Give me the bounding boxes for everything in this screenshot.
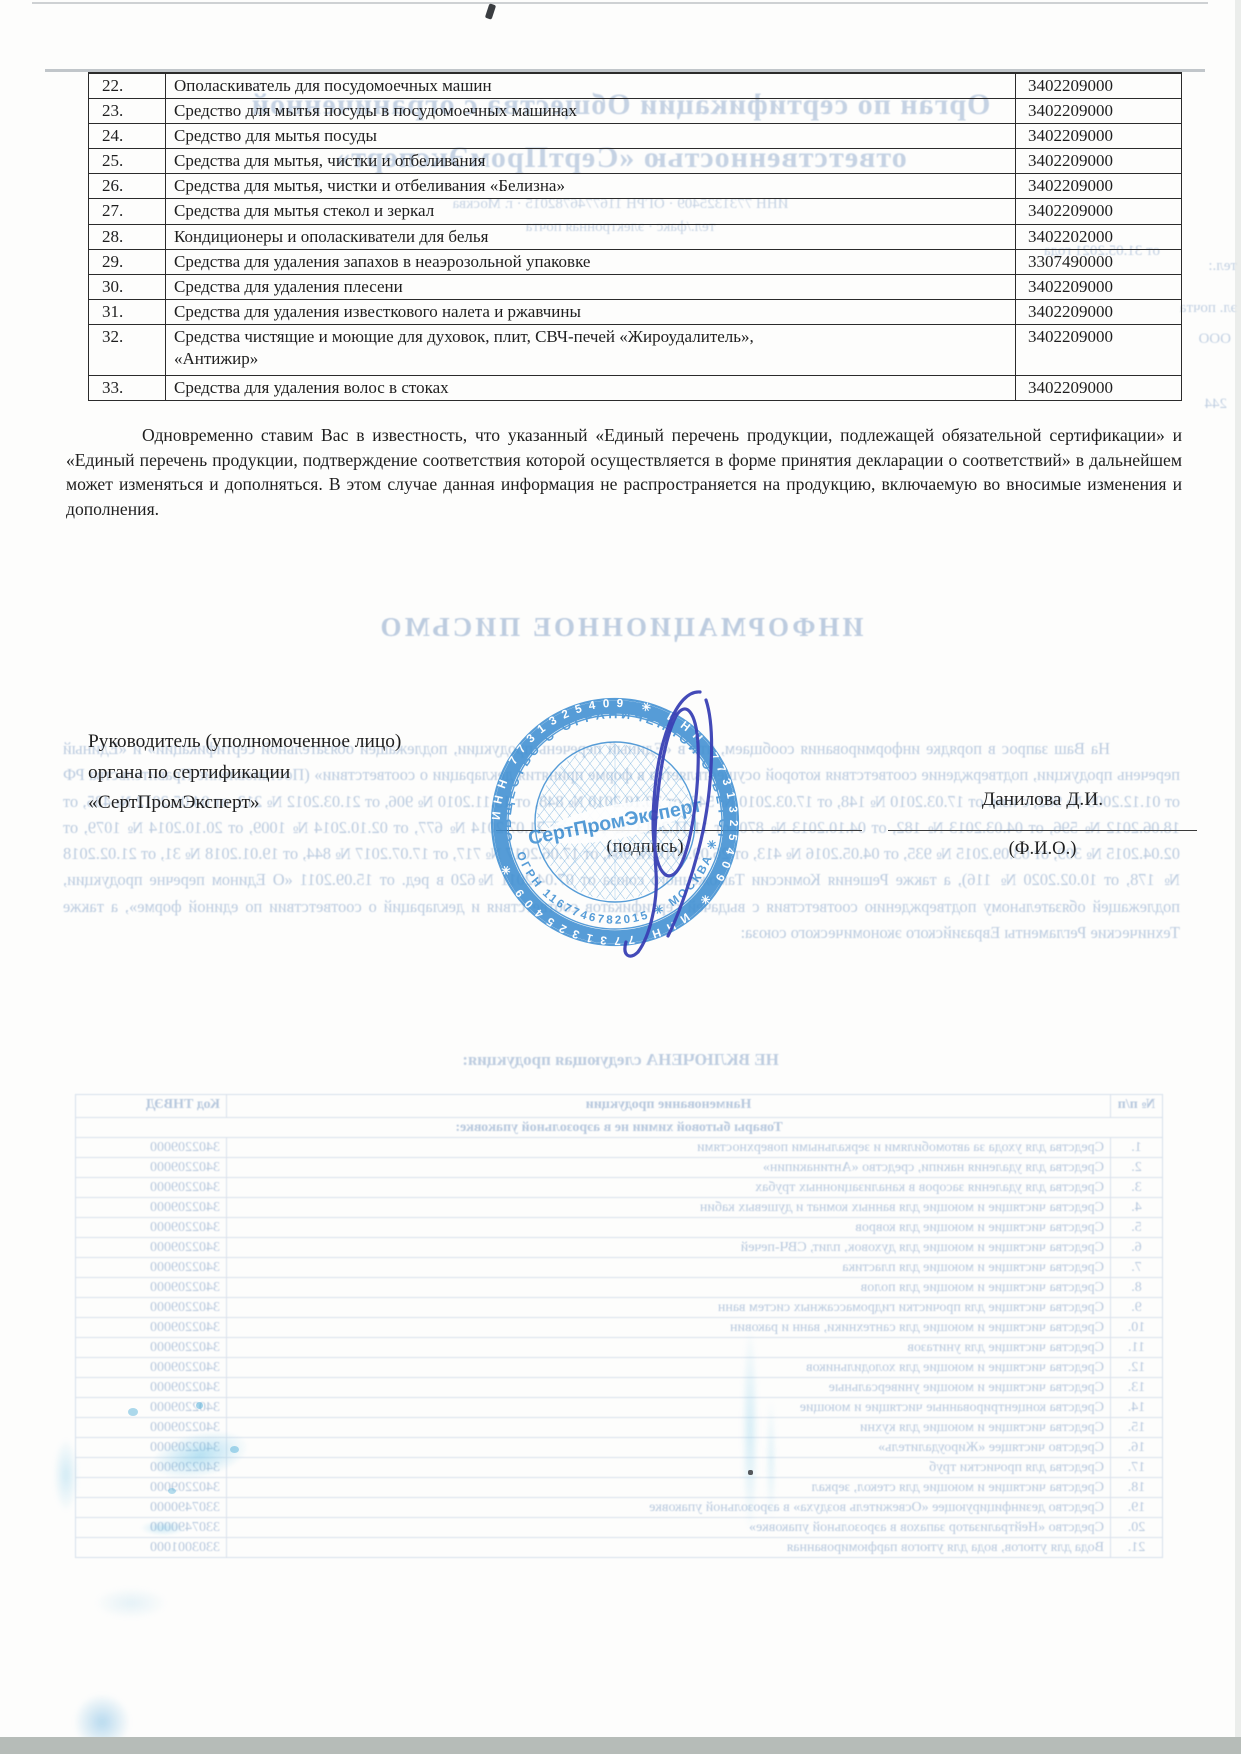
ink-streak-vertical-2 [766,1400,776,1520]
ghost-product-name-cell: Средство «Нейтрализатор запахов в аэрозо… [226,1518,1110,1537]
ghost-table-rows: 1. Средства для ухода за автомобилями и … [76,1137,1162,1557]
ghost-row-number-cell: 5. [1110,1218,1162,1237]
tnved-code-cell: 3402209000 [1016,124,1181,148]
row-number-cell: 29. [89,250,166,274]
tnved-code-cell: 3402202000 [1016,225,1181,249]
ink-dot [168,1488,176,1494]
ghost-fragment-4: 244 [1205,396,1228,413]
ghost-row-number-cell: 1. [1110,1138,1162,1157]
ghost-tnved-code-cell: 3402209000 [76,1218,226,1237]
ghost-product-name-cell: Средства для ухода за автомобилями и зер… [226,1138,1110,1157]
ink-smudge-cluster [146,1422,253,1488]
ghost-tnved-code-cell: 3402209000 [76,1158,226,1177]
fio-caption: (Ф.И.О.) [888,838,1197,860]
scan-edge-bottom [0,1737,1241,1754]
signatory-title-line-2: органа по сертификации [88,758,401,789]
ghost-row-number-cell: 3. [1110,1178,1162,1197]
ghost-tnved-code-cell: 3307490000 [76,1498,226,1517]
product-name-cell: Средства для удаления плесени [166,275,1016,299]
tnved-code-cell: 3402209000 [1016,300,1181,324]
ghost-table-row: 14. Средства концентрированные чистящие … [76,1397,1162,1417]
table-row: 25. Средства для мытья, чистки и отбелив… [89,148,1181,173]
ghost-tnved-code-cell: 3402209000 [76,1478,226,1497]
ghost-tnved-code-cell: 3402209000 [76,1398,226,1417]
row-number-cell: 27. [89,199,166,223]
ghost-row-number-cell: 4. [1110,1198,1162,1217]
ghost-tnved-code-cell: 3402209000 [76,1358,226,1377]
fio-line [888,830,1197,831]
signatory-title-line-1: Руководитель (уполномоченное лицо) [88,727,401,758]
product-name-cell: Средство для мытья посуды в посудомоечны… [166,99,1016,123]
product-name-cell: Средство для мытья посуды [166,124,1016,148]
ghost-tnved-code-cell: 3402209000 [76,1318,226,1337]
ghost-table-row: 12. Средства чистящие и моющие для холод… [76,1357,1162,1377]
row-number-cell: 25. [89,149,166,173]
ghost-tnved-code-cell: 3402209000 [76,1338,226,1357]
tnved-code-cell: 3402209000 [1016,174,1181,198]
scan-edge-right [1235,0,1241,1754]
table-row: 26. Средства для мытья, чистки и отбелив… [89,173,1181,198]
ghost-row-number-cell: 11. [1110,1338,1162,1357]
ghost-table-row: 10. Средства чистящие и моющие для санте… [76,1317,1162,1337]
table-row: 29. Средства для удаления запахов в неаэ… [89,249,1181,274]
ghost-table-row: 13. Средства чистящие и моющие универсал… [76,1377,1162,1397]
table-row: 31. Средства для удаления известкового н… [89,299,1181,324]
ghost-tnved-code-cell: 3402209000 [76,1178,226,1197]
product-name-cell: Средства для мытья, чистки и отбеливания… [166,174,1016,198]
ghost-table-row: 20. Средство «Нейтрализатор запахов в аэ… [76,1517,1162,1537]
ghost-tnved-code-cell: 3402209000 [76,1378,226,1397]
table-row: 22. Ополаскиватель для посудомоечных маш… [89,73,1181,98]
ghost-table-row: 21. Вода для утюгов, вода для утюгов пар… [76,1537,1162,1557]
ghost-row-number-cell: 16. [1110,1438,1162,1457]
product-name-cell: Средства чистящие и моющие для духовок, … [166,325,1016,375]
ghost-row-number-cell: 7. [1110,1258,1162,1277]
ghost-header-num: № п/п [1110,1095,1162,1117]
ghost-row-number-cell: 2. [1110,1158,1162,1177]
dark-speck [748,1470,753,1475]
ghost-product-name-cell: Средство чистящее «Жироудалитель» [226,1438,1110,1457]
ghost-product-name-cell: Средства чистящие и моющие для кухни [226,1418,1110,1437]
ghost-products-table: № п/п Наименование продукции Код ТНВЭД Т… [75,1094,1163,1558]
ghost-row-number-cell: 19. [1110,1498,1162,1517]
ghost-tnved-code-cell: 3402209000 [76,1238,226,1257]
ghost-letter-title: ИНФОРМАЦИОННОЕ ПИСЬМО [0,612,1241,643]
scan-edge-top [32,2,1208,4]
signatory-title-line-3: «СертПромЭксперт» [88,788,401,819]
ghost-row-number-cell: 8. [1110,1278,1162,1297]
ghost-fragment-1: тел.: [1208,258,1237,275]
ghost-not-included-line: НЕ ВКЛЮЧЕНА следующая продукция: [0,1050,1241,1070]
row-number-cell: 31. [89,300,166,324]
ghost-row-number-cell: 13. [1110,1378,1162,1397]
signatory-name: Данилова Д.И. [888,789,1197,811]
ghost-table-row: 4. Средства чистящие и моющие для ванных… [76,1197,1162,1217]
ghost-row-number-cell: 14. [1110,1398,1162,1417]
ink-smudge-small [140,1520,186,1536]
ghost-table-row: 8. Средства чистящие и моющие для полов … [76,1277,1162,1297]
row-number-cell: 22. [89,74,166,98]
ghost-tnved-code-cell: 3402209000 [76,1298,226,1317]
ink-dot [196,1402,203,1409]
ghost-table-row: 18. Средства чистящие и моющие для стеко… [76,1477,1162,1497]
ghost-product-name-cell: Средства чистящие для унитазов [226,1338,1110,1357]
tnved-code-cell: 3402209000 [1016,275,1181,299]
table-row: 23. Средство для мытья посуды в посудомо… [89,98,1181,123]
scan-speck-top [485,3,496,19]
product-name-cell: Ополаскиватель для посудомоечных машин [166,74,1016,98]
continuation-products-table: 22. Ополаскиватель для посудомоечных маш… [88,72,1182,401]
ghost-product-name-cell: Средство дезинфицирующее «Освежитель воз… [226,1498,1110,1517]
ghost-product-name-cell: Средства чистящие и моющие для сантехник… [226,1318,1110,1337]
table-row: 28. Кондиционеры и ополаскиватели для бе… [89,224,1181,249]
ghost-product-name-cell: Средства для удаления накипи, средство «… [226,1158,1110,1177]
ghost-product-name-cell: Средства чистящие и моющие для ванных ко… [226,1198,1110,1217]
ghost-table-row: 7. Средства чистящие и моющие для пласти… [76,1257,1162,1277]
product-name-cell: Кондиционеры и ополаскиватели для белья [166,225,1016,249]
row-number-cell: 30. [89,275,166,299]
ghost-product-name-cell: Средства чистящие и моющие для стекол, з… [226,1478,1110,1497]
ghost-header-code: Код ТНВЭД [76,1095,226,1117]
ghost-table-header-row: № п/п Наименование продукции Код ТНВЭД [76,1095,1162,1117]
ghost-table-row: 3. Средства для удаления засоров в канал… [76,1177,1162,1197]
ghost-table-row: 19. Средство дезинфицирующее «Освежитель… [76,1497,1162,1517]
table-row: 24. Средство для мытья посуды 3402209000 [89,123,1181,148]
ghost-product-name-cell: Средства чистящие и моющие для пластика [226,1258,1110,1277]
handwritten-signature [560,660,780,980]
ink-smudge-faint [96,1588,166,1618]
ghost-fragment-2: эл. почта [1180,300,1237,317]
row-number-cell: 32. [89,325,166,375]
ghost-header-name: Наименование продукции [226,1095,1110,1117]
table-row: 27. Средства для мытья стекол и зеркал 3… [89,198,1181,223]
ghost-row-number-cell: 15. [1110,1418,1162,1437]
ghost-product-name-cell: Средства чистящие и моющие для ковров [226,1218,1110,1237]
ink-streak-vertical [742,1330,758,1530]
row-number-cell: 26. [89,174,166,198]
ghost-table-group-row: Товары бытовой химии не в аэрозольной уп… [76,1117,1162,1137]
product-name-cell: Средства для удаления волос в стоках [166,376,1016,400]
ghost-product-name-cell: Средства для прочистки труб [226,1458,1110,1477]
table-row: 30. Средства для удаления плесени 340220… [89,274,1181,299]
ghost-row-number-cell: 18. [1110,1478,1162,1497]
ghost-product-name-cell: Средства чистящие и моющие для полов [226,1278,1110,1297]
tnved-code-cell: 3402209000 [1016,149,1181,173]
ghost-tnved-code-cell: 3402209000 [76,1278,226,1297]
ghost-product-name-cell: Средства чистящие и моющие для духовок, … [226,1238,1110,1257]
ghost-row-number-cell: 20. [1110,1518,1162,1537]
ink-smudge-left-margin [54,1440,78,1510]
ghost-table-row: 5. Средства чистящие и моющие для ковров… [76,1217,1162,1237]
table-row: 33. Средства для удаления волос в стоках… [89,375,1181,400]
signatory-title: Руководитель (уполномоченное лицо) орган… [88,727,401,819]
ghost-product-name-cell: Средства концентрированные чистящие и мо… [226,1398,1110,1417]
ghost-tnved-code-cell: 3303001000 [76,1538,226,1557]
row-number-cell: 24. [89,124,166,148]
product-name-cell: Средства для мытья стекол и зеркал [166,199,1016,223]
ghost-product-name-cell: Средства чистящие и моющие для холодильн… [226,1358,1110,1377]
product-name-cell: Средства для мытья, чистки и отбеливания [166,149,1016,173]
ghost-table-row: 6. Средства чистящие и моющие для духово… [76,1237,1162,1257]
ghost-table-row: 2. Средства для удаления накипи, средств… [76,1157,1162,1177]
ink-dot [128,1408,138,1416]
row-number-cell: 28. [89,225,166,249]
product-name-cell: Средства для удаления известкового налет… [166,300,1016,324]
tnved-code-cell: 3402209000 [1016,325,1181,375]
ghost-fragment-3: ООО [1199,331,1232,348]
ghost-table-row: 9. Средства чистящие для прочистки гидро… [76,1297,1162,1317]
ghost-table-row: 1. Средства для ухода за автомобилями и … [76,1137,1162,1157]
ghost-tnved-code-cell: 3402209000 [76,1138,226,1157]
ghost-tnved-code-cell: 3402209000 [76,1258,226,1277]
notice-paragraph: Одновременно ставим Вас в известность, ч… [66,423,1182,521]
row-number-cell: 33. [89,376,166,400]
ghost-product-name-cell: Вода для утюгов, вода для утюгов парфюми… [226,1538,1110,1557]
table-rows: 22. Ополаскиватель для посудомоечных маш… [89,73,1181,400]
table-row: 32. Средства чистящие и моющие для духов… [89,324,1181,375]
tnved-code-cell: 3307490000 [1016,250,1181,274]
ghost-row-number-cell: 9. [1110,1298,1162,1317]
ghost-table-row: 11. Средства чистящие для унитазов 34022… [76,1337,1162,1357]
ink-dot [230,1446,239,1453]
ghost-row-number-cell: 17. [1110,1458,1162,1477]
ghost-row-number-cell: 12. [1110,1358,1162,1377]
ghost-tnved-code-cell: 3402209000 [76,1198,226,1217]
ghost-row-number-cell: 6. [1110,1238,1162,1257]
ghost-product-name-cell: Средства чистящие и моющие универсальные [226,1378,1110,1397]
product-name-cell: Средства для удаления запахов в неаэрозо… [166,250,1016,274]
tnved-code-cell: 3402209000 [1016,199,1181,223]
ghost-row-number-cell: 10. [1110,1318,1162,1337]
ghost-row-number-cell: 21. [1110,1538,1162,1557]
tnved-code-cell: 3402209000 [1016,74,1181,98]
tnved-code-cell: 3402209000 [1016,376,1181,400]
tnved-code-cell: 3402209000 [1016,99,1181,123]
ghost-product-name-cell: Средства для удаления засоров в канализа… [226,1178,1110,1197]
ghost-group-label: Товары бытовой химии не в аэрозольной уп… [76,1118,1162,1137]
row-number-cell: 23. [89,99,166,123]
ghost-product-name-cell: Средства чистящие для прочистки гидромас… [226,1298,1110,1317]
